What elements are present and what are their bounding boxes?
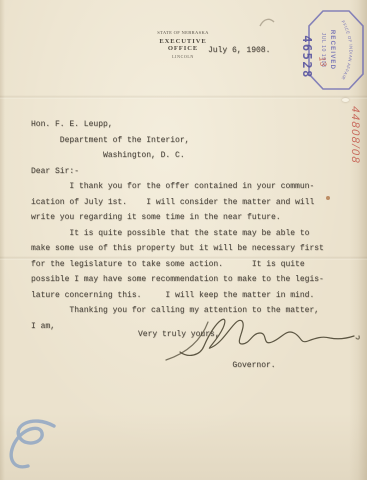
paper-scratch [258,16,276,30]
typed-line: Washington, D. C. [31,148,324,164]
typed-line: I thank you for the offer contained in y… [31,179,324,195]
handwritten-signature [150,308,362,366]
paper-chip [342,98,349,102]
typed-line: Department of the Interior, [31,133,324,149]
stamp-received-text: RECEIVED [329,30,335,70]
stamp-red-overlay-number: 13 [317,56,329,68]
typed-line: for the legislature to take some action.… [31,257,324,273]
typed-line: make some use of this property but it wi… [31,241,324,257]
received-stamp: OFFICE OF INDIAN AFFAIRS RECEIVED JUL 10… [308,10,364,90]
typed-line: Hon. F. E. Leupp, [31,117,324,133]
received-stamp-octagon-icon: OFFICE OF INDIAN AFFAIRS RECEIVED JUL 10… [308,10,364,90]
letter-body: Hon. F. E. Leupp, Department of the Inte… [31,117,324,334]
typed-line: write you regarding it some time in the … [31,210,324,226]
letter-document: STATE OF NEBRASKA EXECUTIVE OFFICE LINCO… [0,0,367,480]
typed-line: It is quite possible that the state may … [31,226,324,242]
blue-pencil-mark [4,412,66,474]
paper-fold-crease-top [0,95,367,99]
file-number-stamp: 46528 [294,27,314,87]
stamp-arc-text: OFFICE OF INDIAN AFFAIRS [340,10,364,81]
typed-line: possible I may have some recommendation … [31,272,324,288]
edge-file-annotation: 44808/08 [345,79,361,190]
typed-line: lature concerning this. I will keep the … [31,288,324,304]
paper-speck [326,196,330,200]
typed-line: Dear Sir:- [31,164,324,180]
signer-title: Governor. [216,361,292,370]
typed-line: ication of July 1st. I will consider the… [31,195,324,211]
letterhead-state: STATE OF NEBRASKA [145,30,221,35]
date-line: July 6, 1908. [208,46,270,55]
svg-text:OFFICE OF INDIAN AFFAIRS: OFFICE OF INDIAN AFFAIRS [340,10,364,81]
